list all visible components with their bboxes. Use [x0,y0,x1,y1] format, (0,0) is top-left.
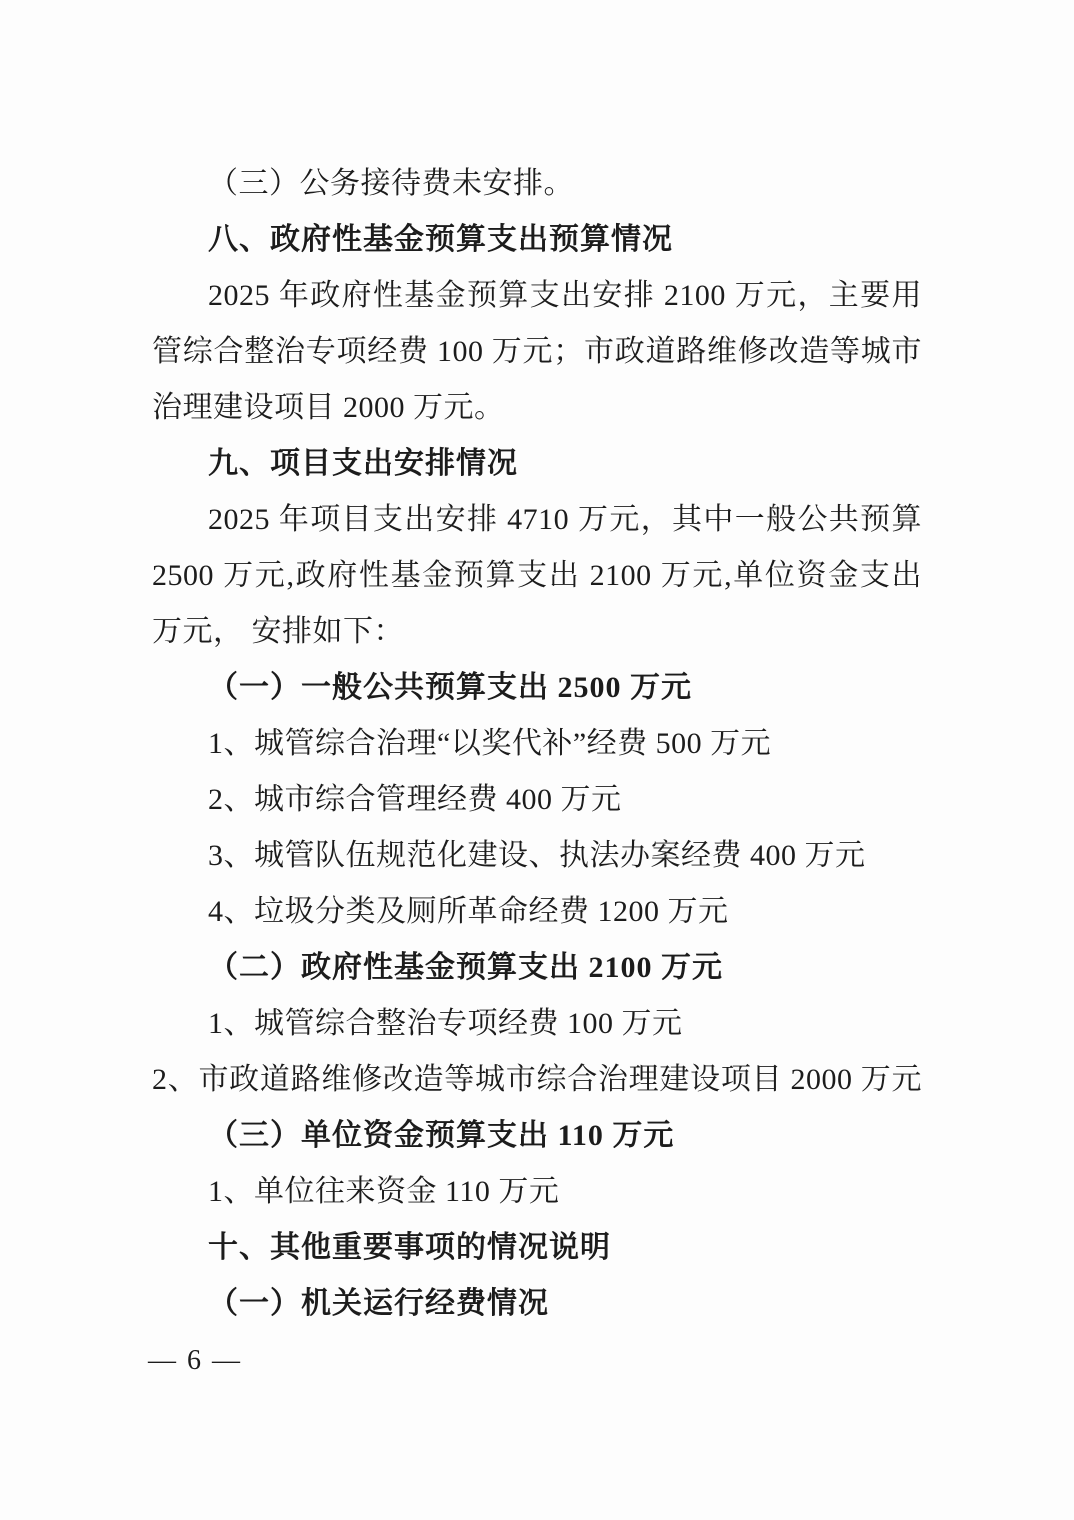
section-9-paragraph-line: 2500 万元,政府性基金预算支出 2100 万元,单位资金支出 110 [152,548,922,604]
list-item: 4、垃圾分类及厕所革命经费 1200 万元 [152,884,922,940]
list-item: 1、单位往来资金 110 万元 [152,1164,922,1220]
section-8-paragraph-line: 治理建设项目 2000 万元。 [152,380,922,436]
list-item: 1、城管综合治理“以奖代补”经费 500 万元 [152,716,922,772]
section-8-heading: 八、政府性基金预算支出预算情况 [152,212,922,268]
list-item: 3、城管队伍规范化建设、执法办案经费 400 万元 [152,828,922,884]
document-page: （三）公务接待费未安排。 八、政府性基金预算支出预算情况 2025 年政府性基金… [0,0,1074,1520]
list-item: 1、城管综合整治专项经费 100 万元 [152,996,922,1052]
document-body: （三）公务接待费未安排。 八、政府性基金预算支出预算情况 2025 年政府性基金… [152,156,922,1332]
intro-line: （三）公务接待费未安排。 [152,156,922,212]
list-item: 2、城市综合管理经费 400 万元 [152,772,922,828]
subsection-9-2-heading: （二）政府性基金预算支出 2100 万元 [152,940,922,996]
page-number: — 6 — [148,1341,242,1381]
subsection-9-1-heading: （一）一般公共预算支出 2500 万元 [152,660,922,716]
list-item: 2、市政道路维修改造等城市综合治理建设项目 2000 万元 [152,1052,922,1108]
subsection-10-1-heading: （一）机关运行经费情况 [152,1276,922,1332]
section-9-paragraph-line: 2025 年项目支出安排 4710 万元，其中一般公共预算支出 [152,492,922,548]
subsection-9-3-heading: （三）单位资金预算支出 110 万元 [152,1108,922,1164]
section-8-paragraph-line: 管综合整治专项经费 100 万元；市政道路维修改造等城市综合 [152,324,922,380]
section-9-heading: 九、项目支出安排情况 [152,436,922,492]
section-8-paragraph-line: 2025 年政府性基金预算支出安排 2100 万元，主要用于城 [152,268,922,324]
section-10-heading: 十、其他重要事项的情况说明 [152,1220,922,1276]
section-9-paragraph-line: 万元， 安排如下： [152,604,922,660]
